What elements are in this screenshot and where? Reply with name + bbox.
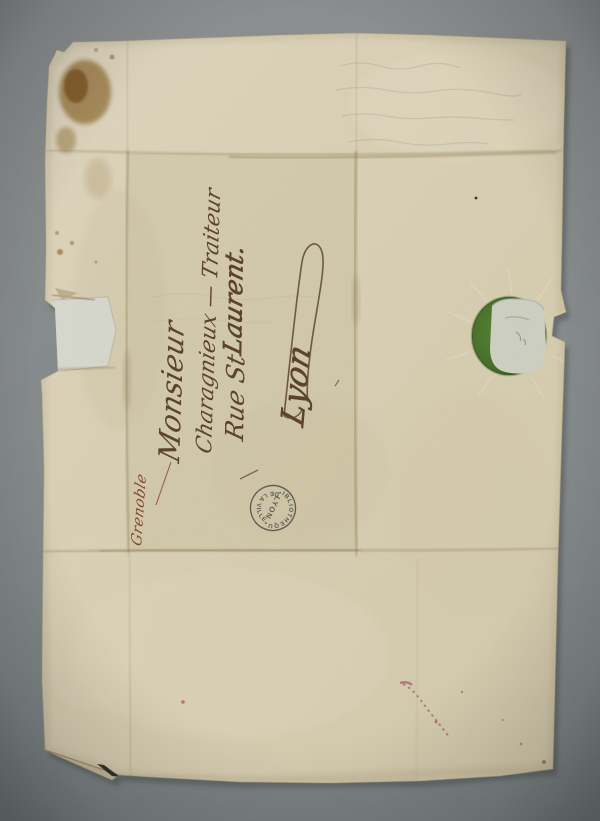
letter-photo: > (0, 0, 600, 821)
photo-canvas: > (0, 0, 600, 821)
vignette-overlay (0, 0, 600, 821)
